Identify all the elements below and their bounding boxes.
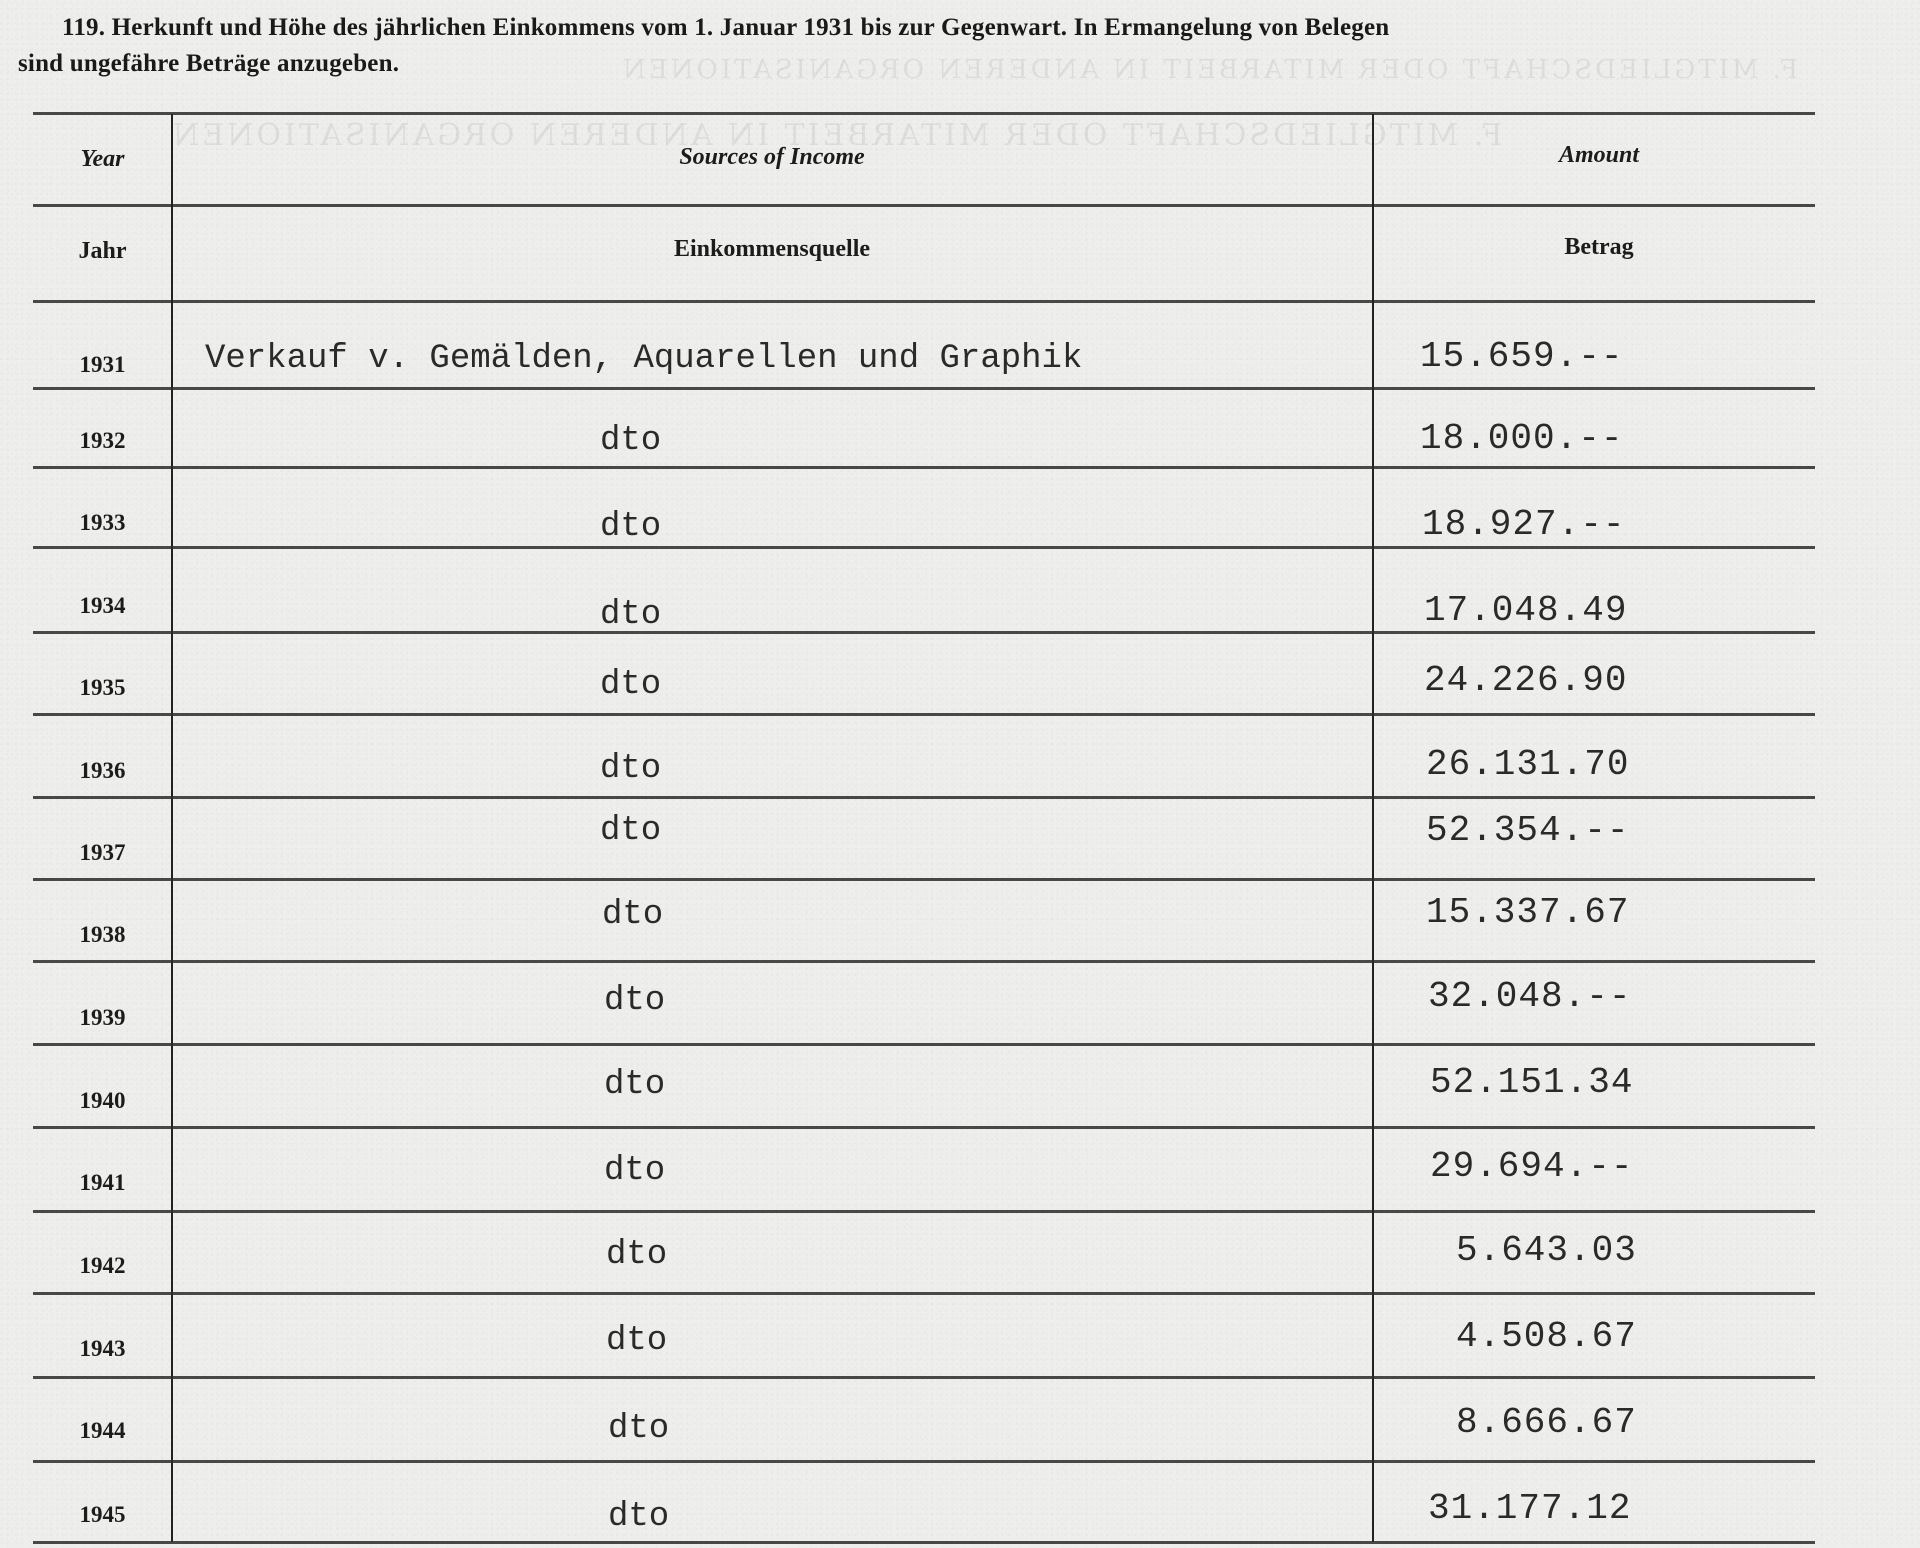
table-top-rule	[33, 112, 1815, 115]
row-amount: 52.151.34	[1430, 1062, 1633, 1103]
header-amount-en: Amount	[1374, 142, 1824, 169]
row-rule	[33, 1126, 1815, 1129]
row-amount: 8.666.67	[1456, 1402, 1637, 1443]
row-rule	[33, 1292, 1815, 1295]
row-year: 1942	[33, 1253, 172, 1279]
row-source: dto	[600, 812, 661, 850]
row-year: 1940	[33, 1088, 172, 1114]
row-year: 1932	[33, 428, 172, 454]
row-amount: 32.048.--	[1428, 976, 1631, 1017]
row-source: dto	[606, 1322, 667, 1360]
row-amount: 18.000.--	[1420, 418, 1623, 459]
header-source-en: Sources of Income	[172, 144, 1372, 171]
row-amount: 18.927.--	[1422, 504, 1625, 545]
header-bottom-rule	[33, 300, 1815, 303]
row-year: 1931	[33, 352, 172, 378]
row-rule	[33, 387, 1815, 390]
row-source: dto	[604, 1152, 665, 1190]
row-amount: 4.508.67	[1456, 1316, 1637, 1357]
row-rule	[33, 1376, 1815, 1379]
row-amount: 15.659.--	[1420, 336, 1623, 377]
row-amount: 17.048.49	[1424, 590, 1627, 631]
row-amount: 29.694.--	[1430, 1146, 1633, 1187]
question-title-line1: 119. Herkunft und Höhe des jährlichen Ei…	[62, 14, 1389, 41]
row-year: 1934	[33, 593, 172, 619]
row-year: 1933	[33, 510, 172, 536]
row-year: 1944	[33, 1418, 172, 1444]
row-rule	[33, 631, 1815, 634]
question-title: 119. Herkunft und Höhe des jährlichen Ei…	[62, 10, 1842, 82]
row-amount: 31.177.12	[1428, 1488, 1631, 1529]
row-source: dto	[602, 896, 663, 934]
row-amount: 26.131.70	[1426, 744, 1629, 785]
row-source: dto	[606, 1236, 667, 1274]
row-rule	[33, 713, 1815, 716]
row-source: dto	[600, 750, 661, 788]
row-rule	[33, 1460, 1815, 1463]
row-rule	[33, 546, 1815, 549]
year-column-rule	[171, 114, 173, 1542]
row-rule	[33, 878, 1815, 881]
amount-column-rule	[1372, 114, 1374, 1542]
row-rule	[33, 1210, 1815, 1213]
header-year-de: Jahr	[33, 238, 172, 265]
row-source: dto	[608, 1498, 669, 1536]
row-rule	[33, 466, 1815, 469]
row-source: Verkauf v. Gemälden, Aquarellen und Grap…	[205, 340, 1082, 378]
row-year: 1945	[33, 1502, 172, 1528]
row-rule	[33, 796, 1815, 799]
row-year: 1937	[33, 840, 172, 866]
row-amount: 52.354.--	[1426, 810, 1629, 851]
row-source: dto	[604, 982, 665, 1020]
row-amount: 5.643.03	[1456, 1230, 1637, 1271]
row-amount: 15.337.67	[1426, 892, 1629, 933]
header-source-de: Einkommensquelle	[172, 236, 1372, 263]
row-year: 1943	[33, 1336, 172, 1362]
row-rule	[33, 960, 1815, 963]
row-source: dto	[608, 1410, 669, 1448]
row-year: 1939	[33, 1005, 172, 1031]
row-source: dto	[600, 422, 661, 460]
row-source: dto	[600, 596, 661, 634]
row-source: dto	[600, 666, 661, 704]
row-source: dto	[604, 1066, 665, 1104]
row-year: 1938	[33, 922, 172, 948]
question-title-line2: sind ungefähre Beträge anzugeben.	[18, 46, 1842, 82]
row-source: dto	[600, 508, 661, 546]
header-year-en: Year	[33, 146, 172, 173]
row-year: 1941	[33, 1170, 172, 1196]
row-amount: 24.226.90	[1424, 660, 1627, 701]
row-year: 1936	[33, 758, 172, 784]
row-rule	[33, 1043, 1815, 1046]
row-year: 1935	[33, 675, 172, 701]
table-bottom-rule	[33, 1541, 1815, 1544]
header-divider-rule	[33, 204, 1815, 207]
header-amount-de: Betrag	[1374, 234, 1824, 261]
